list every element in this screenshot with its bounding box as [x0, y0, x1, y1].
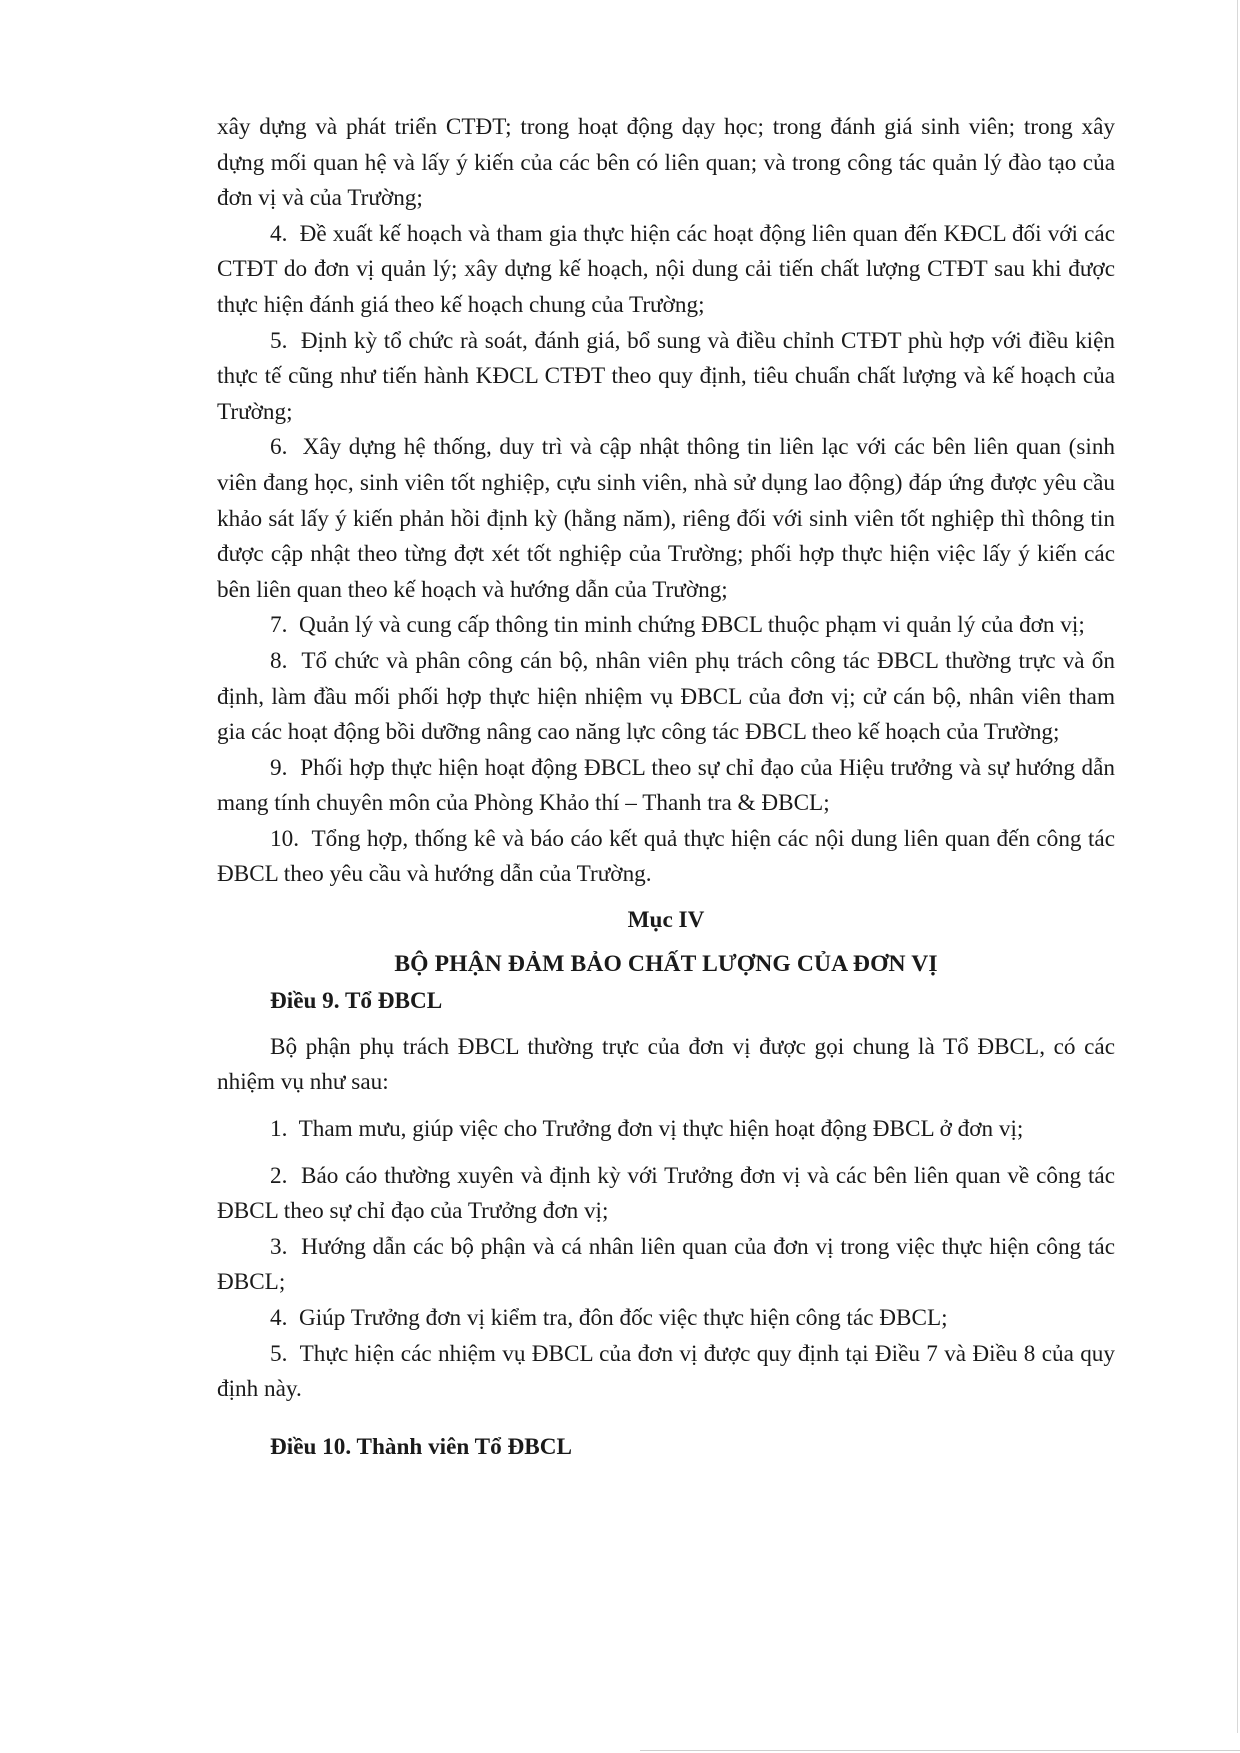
list-item-text: Xây dựng hệ thống, duy trì và cập nhật t… [217, 434, 1115, 602]
list-item-text: Báo cáo thường xuyên và định kỳ với Trưở… [217, 1163, 1115, 1225]
list-item-number: 8. [270, 648, 287, 674]
list-item-number: 10. [270, 826, 299, 852]
list-item-number: 1. [270, 1116, 287, 1142]
list-item: 1. Tham mưu, giúp việc cho Trưởng đơn vị… [217, 1112, 1115, 1148]
list-item-text: Quản lý và cung cấp thông tin minh chứng… [299, 612, 1085, 638]
scan-edge-right [1237, 0, 1238, 1733]
list-item-text: Thực hiện các nhiệm vụ ĐBCL của đơn vị đ… [217, 1341, 1115, 1403]
scanned-document-page: xây dựng và phát triển CTĐT; trong hoạt … [0, 0, 1240, 1753]
list-item-text: Tổ chức và phân công cán bộ, nhân viên p… [217, 648, 1115, 745]
list-item: 4. Đề xuất kế hoạch và tham gia thực hiệ… [217, 217, 1115, 324]
article-9-title: Điều 9. Tổ ĐBCL [217, 984, 1115, 1020]
list-item: 5. Định kỳ tổ chức rà soát, đánh giá, bổ… [217, 324, 1115, 431]
list-item-text: Định kỳ tổ chức rà soát, đánh giá, bổ su… [217, 328, 1115, 425]
list-item: 4. Giúp Trưởng đơn vị kiểm tra, đôn đốc … [217, 1301, 1115, 1337]
list-item-text: Tham mưu, giúp việc cho Trưởng đơn vị th… [299, 1116, 1024, 1142]
continuation-paragraph: xây dựng và phát triển CTĐT; trong hoạt … [217, 110, 1115, 217]
list-item: 2. Báo cáo thường xuyên và định kỳ với T… [217, 1159, 1115, 1230]
list-item: 5. Thực hiện các nhiệm vụ ĐBCL của đơn v… [217, 1337, 1115, 1408]
list-item: 9. Phối hợp thực hiện hoạt động ĐBCL the… [217, 751, 1115, 822]
list-item-number: 2. [270, 1163, 287, 1189]
list-item-number: 4. [270, 221, 287, 247]
list-item-number: 9. [270, 755, 287, 781]
document-body: xây dựng và phát triển CTĐT; trong hoạt … [217, 110, 1115, 1465]
scan-edge-bottom [640, 1750, 1240, 1751]
list-item: 6. Xây dựng hệ thống, duy trì và cập nhậ… [217, 430, 1115, 608]
article-9-intro: Bộ phận phụ trách ĐBCL thường trực của đ… [217, 1030, 1115, 1101]
list-item-number: 5. [270, 1341, 287, 1367]
duty-list-continued: 4. Đề xuất kế hoạch và tham gia thực hiệ… [217, 217, 1115, 893]
list-item-number: 5. [270, 328, 287, 354]
list-item-number: 4. [270, 1305, 287, 1331]
list-item-text: Tổng hợp, thống kê và báo cáo kết quả th… [217, 826, 1115, 888]
list-item-text: Hướng dẫn các bộ phận và cá nhân liên qu… [217, 1234, 1115, 1296]
list-item-text: Đề xuất kế hoạch và tham gia thực hiện c… [217, 221, 1115, 318]
list-item-number: 6. [270, 434, 287, 460]
list-item-number: 7. [270, 612, 287, 638]
article-10-title: Điều 10. Thành viên Tổ ĐBCL [217, 1430, 1115, 1466]
list-item: 8. Tổ chức và phân công cán bộ, nhân viê… [217, 644, 1115, 751]
list-item-number: 3. [270, 1234, 287, 1260]
list-item-text: Giúp Trưởng đơn vị kiểm tra, đôn đốc việ… [299, 1305, 948, 1331]
article-9-duty-list: 1. Tham mưu, giúp việc cho Trưởng đơn vị… [217, 1112, 1115, 1408]
list-item: 10. Tổng hợp, thống kê và báo cáo kết qu… [217, 822, 1115, 893]
list-item: 7. Quản lý và cung cấp thông tin minh ch… [217, 608, 1115, 644]
section-label: Mục IV [217, 903, 1115, 939]
list-item: 3. Hướng dẫn các bộ phận và cá nhân liên… [217, 1230, 1115, 1301]
section-title: BỘ PHẬN ĐẢM BẢO CHẤT LƯỢNG CỦA ĐƠN VỊ [217, 947, 1115, 983]
list-item-text: Phối hợp thực hiện hoạt động ĐBCL theo s… [217, 755, 1115, 817]
